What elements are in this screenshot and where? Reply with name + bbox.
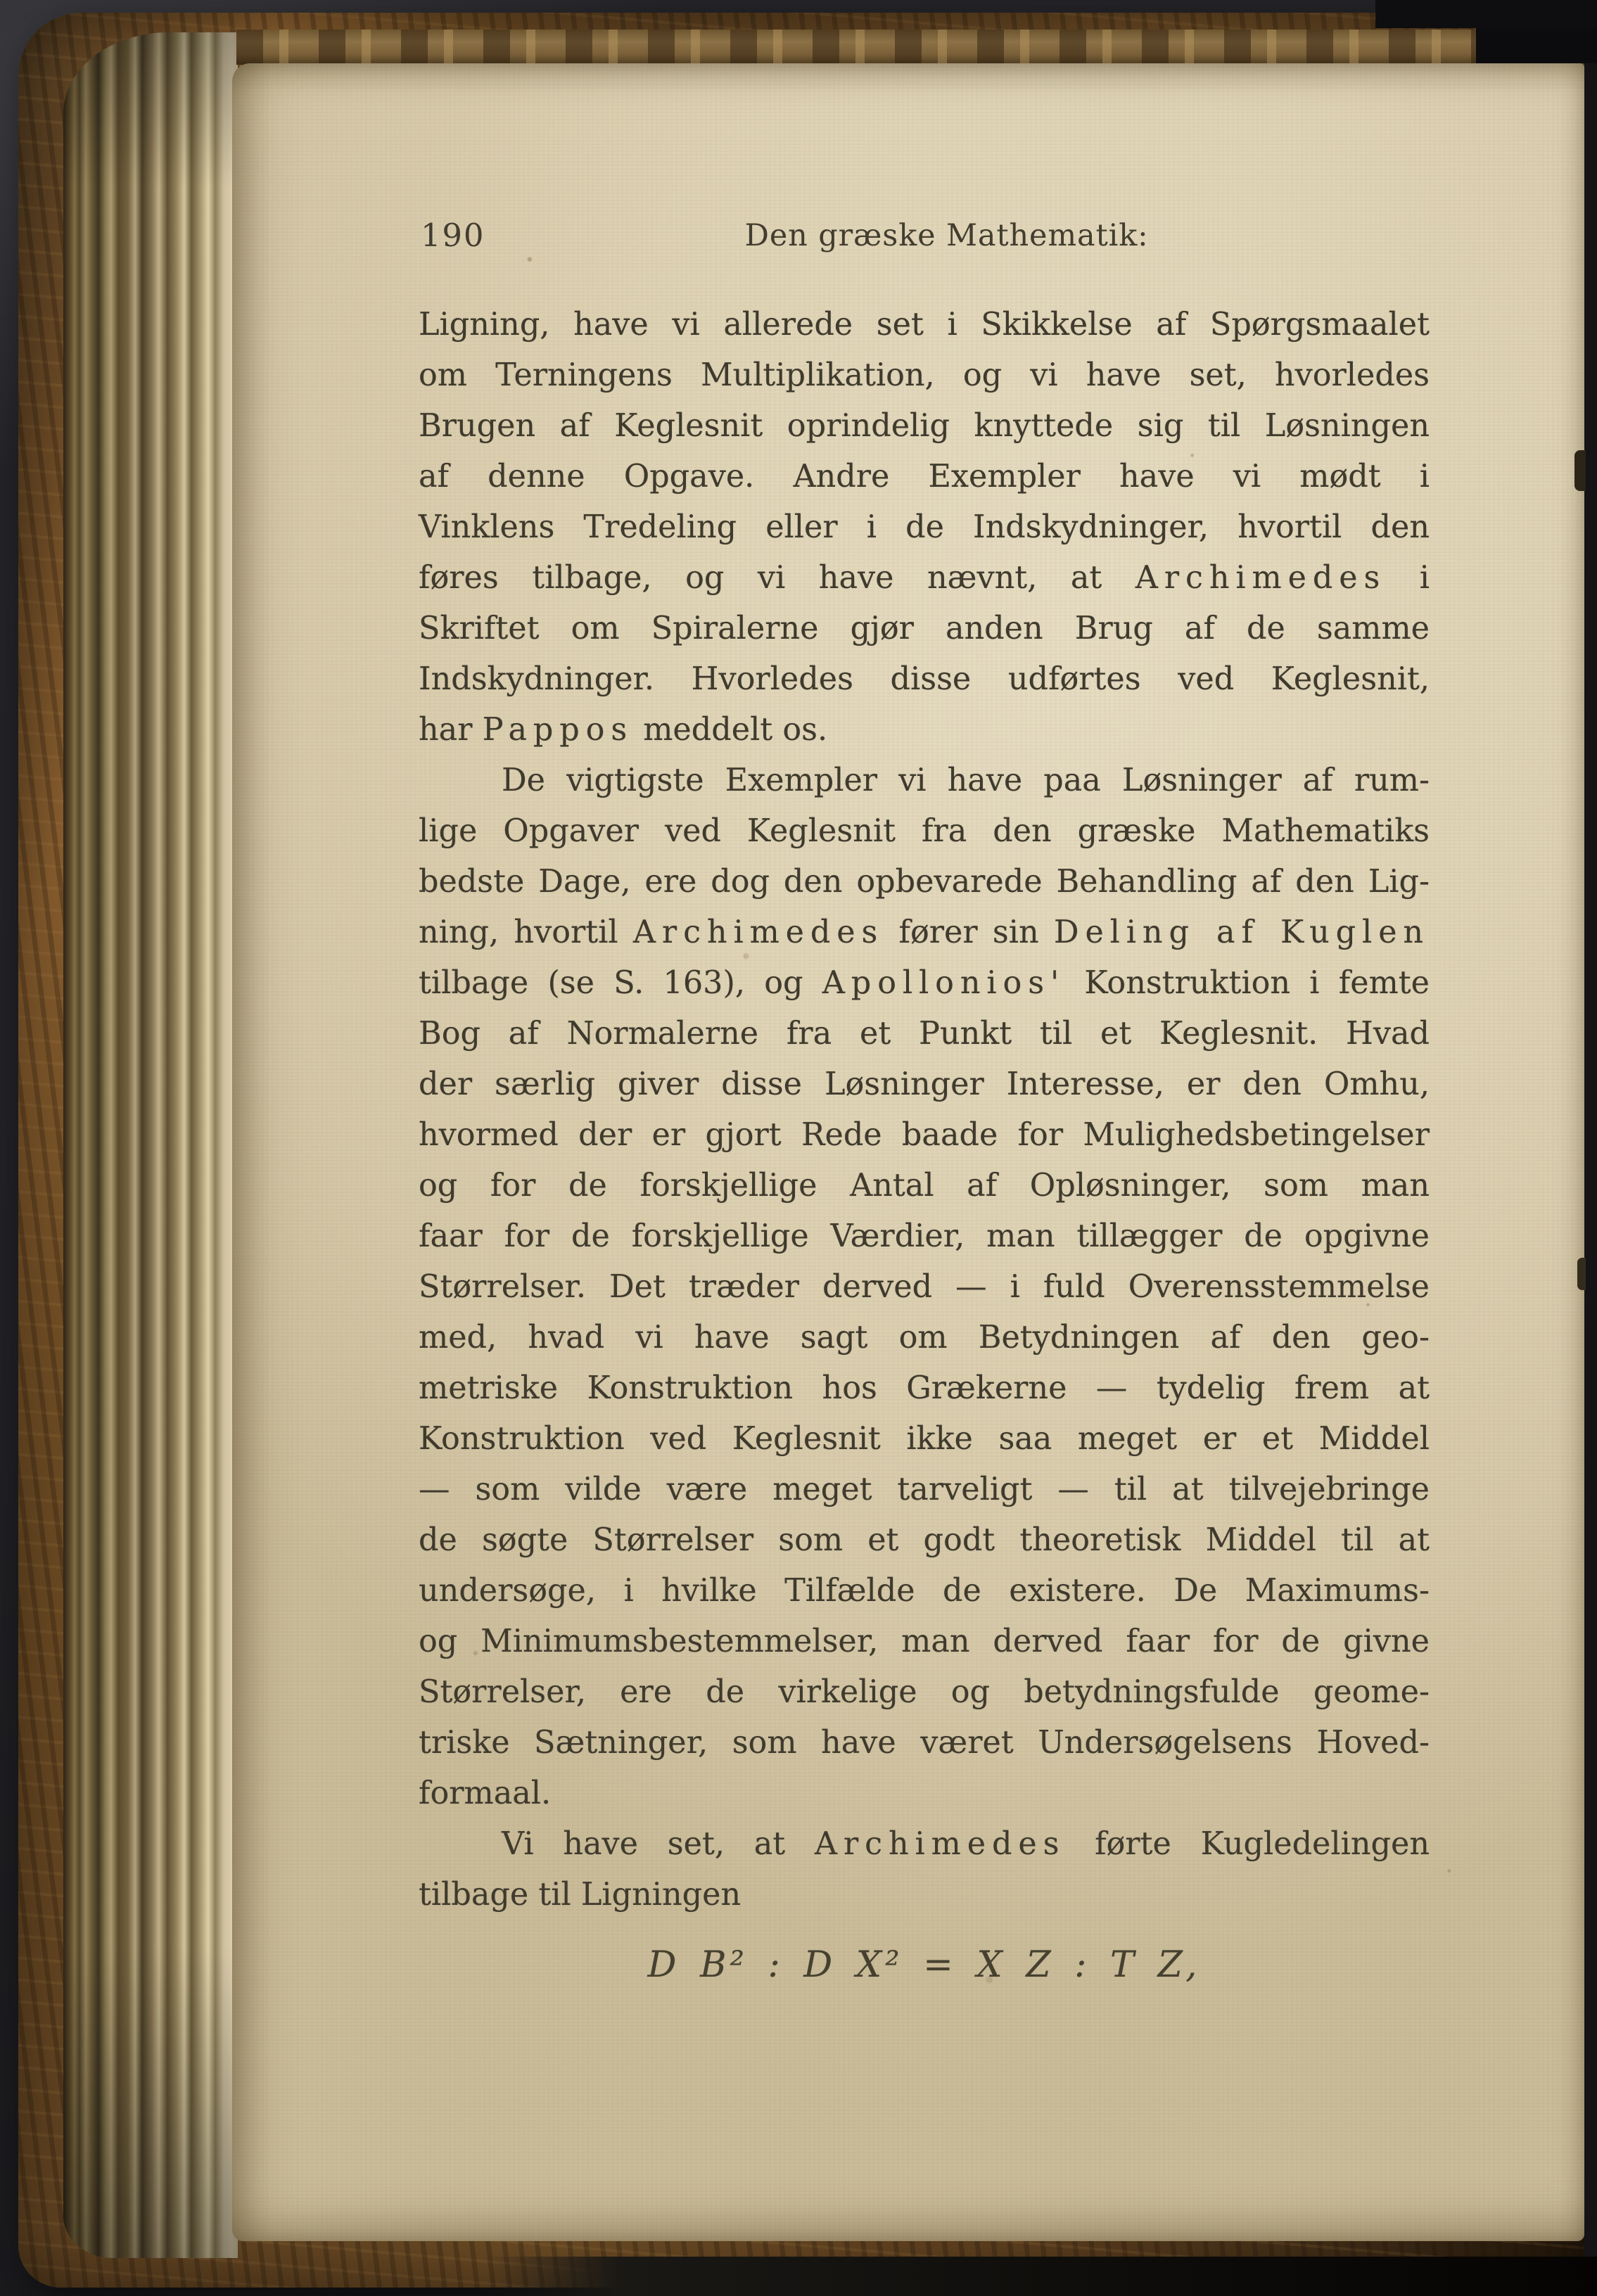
text-line: Konstruktion ved Keglesnit ikke saa mege… bbox=[419, 1414, 1430, 1465]
text-segment: Konstruktion ved Keglesnit ikke saa mege… bbox=[419, 1421, 1430, 1457]
text-segment: De vigtigste Exempler vi have paa Løsnin… bbox=[502, 763, 1430, 798]
text-segment: Bog af Normalerne fra et Punkt til et Ke… bbox=[419, 1016, 1430, 1052]
text-segment: bedste Dage, ere dog den opbevarede Beha… bbox=[419, 864, 1430, 900]
photo-right-edge bbox=[1584, 0, 1597, 2296]
text-line: Indskydninger. Hvorledes disse udførtes … bbox=[419, 654, 1430, 705]
text-segment: Størrelser, ere de virkelige og betydnin… bbox=[419, 1674, 1430, 1710]
text-line: tilbage til Ligningen bbox=[419, 1870, 1430, 1920]
text-line: Størrelser, ere de virkelige og betydnin… bbox=[419, 1667, 1430, 1718]
letterspaced-name: Deling af Kuglen bbox=[1054, 914, 1430, 950]
running-title: Den græske Mathematik: bbox=[419, 218, 1430, 253]
text-line: og Minimumsbestemmelser, man derved faar… bbox=[419, 1616, 1430, 1667]
text-segment: meddelt os. bbox=[633, 712, 827, 748]
text-line: lige Opgaver ved Keglesnit fra den græsk… bbox=[419, 806, 1430, 857]
page-edge-stack bbox=[63, 32, 238, 2258]
text-line: føres tilbage, og vi have nævnt, at Arch… bbox=[419, 553, 1430, 604]
text-segment: Konstruktion i femte bbox=[1065, 965, 1430, 1001]
text-line: hvormed der er gjort Rede baade for Muli… bbox=[419, 1110, 1430, 1161]
text-segment: Indskydninger. Hvorledes disse udførtes … bbox=[419, 661, 1430, 697]
text-line: Skriftet om Spiralerne gjør anden Brug a… bbox=[419, 604, 1430, 654]
page-edge-top bbox=[236, 30, 1584, 65]
text-line: de søgte Størrelser som et godt theoreti… bbox=[419, 1515, 1430, 1566]
text-line: Størrelser. Det træder derved — i fuld O… bbox=[419, 1262, 1430, 1313]
text-segment: Størrelser. Det træder derved — i fuld O… bbox=[419, 1269, 1430, 1305]
text-line: De vigtigste Exempler vi have paa Løsnin… bbox=[419, 755, 1430, 806]
text-segment: og Minimumsbestemmelser, man derved faar… bbox=[419, 1624, 1430, 1659]
text-segment: ning, hvortil bbox=[419, 914, 633, 950]
text-line: har Pappos meddelt os. bbox=[419, 705, 1430, 755]
text-line: Brugen af Keglesnit oprindelig knyttede … bbox=[419, 401, 1430, 452]
text-segment: hvormed der er gjort Rede baade for Muli… bbox=[419, 1117, 1430, 1153]
photo-bottom-shadow bbox=[485, 2257, 1597, 2296]
text-line: Vi have set, at Archimedes førte Kuglede… bbox=[419, 1819, 1430, 1870]
letterspaced-name: Archimedes bbox=[633, 914, 884, 950]
text-segment: om Terningens Multiplikation, og vi have… bbox=[419, 357, 1430, 393]
page-edge-notch bbox=[1574, 450, 1586, 491]
text-segment: i bbox=[1386, 560, 1430, 596]
text-segment: lige Opgaver ved Keglesnit fra den græsk… bbox=[419, 813, 1430, 849]
text-segment: fører sin bbox=[884, 914, 1054, 950]
text-line: om Terningens Multiplikation, og vi have… bbox=[419, 350, 1430, 401]
text-line: ning, hvortil Archimedes fører sin Delin… bbox=[419, 907, 1430, 958]
text-segment: af denne Opgave. Andre Exempler have vi … bbox=[419, 459, 1430, 495]
text-line: Bog af Normalerne fra et Punkt til et Ke… bbox=[419, 1009, 1430, 1059]
text-segment: Brugen af Keglesnit oprindelig knyttede … bbox=[419, 408, 1430, 444]
text-line: af denne Opgave. Andre Exempler have vi … bbox=[419, 452, 1430, 502]
text-line: — som vilde være meget tarveligt — til a… bbox=[419, 1465, 1430, 1515]
text-segment: førte Kugledelingen bbox=[1065, 1826, 1430, 1862]
photo-top-right-strip bbox=[1375, 0, 1597, 28]
text-line: og for de forskjellige Antal af Opløsnin… bbox=[419, 1161, 1430, 1211]
letterspaced-name: Apollonios' bbox=[822, 965, 1065, 1001]
text-segment: formaal. bbox=[419, 1775, 551, 1811]
text-line: faar for de forskjellige Værdier, man ti… bbox=[419, 1211, 1430, 1262]
text-segment: Vinklens Tredeling eller i de Indskydnin… bbox=[419, 509, 1430, 545]
book-page: 190 Den græske Mathematik: Ligning, have… bbox=[232, 63, 1584, 2241]
text-line: metriske Konstruktion hos Grækerne — tyd… bbox=[419, 1363, 1430, 1414]
text-line: formaal. bbox=[419, 1768, 1430, 1819]
text-line: med, hvad vi have sagt om Betydningen af… bbox=[419, 1313, 1430, 1363]
text-segment: — som vilde være meget tarveligt — til a… bbox=[419, 1472, 1430, 1507]
text-segment: metriske Konstruktion hos Grækerne — tyd… bbox=[419, 1370, 1430, 1406]
text-segment: Vi have set, at bbox=[502, 1826, 815, 1862]
text-line: bedste Dage, ere dog den opbevarede Beha… bbox=[419, 857, 1430, 907]
text-segment: har bbox=[419, 712, 483, 748]
letterspaced-name: Pappos bbox=[483, 712, 633, 748]
text-segment: Skriftet om Spiralerne gjør anden Brug a… bbox=[419, 611, 1430, 646]
text-line: der særlig giver disse Løsninger Interes… bbox=[419, 1059, 1430, 1110]
text-block: Ligning, have vi allerede set i Skikkels… bbox=[419, 300, 1430, 1920]
text-segment: undersøge, i hvilke Tilfælde de existere… bbox=[419, 1573, 1430, 1609]
letterspaced-name: Archimedes bbox=[815, 1826, 1065, 1862]
text-segment: føres tilbage, og vi have nævnt, at bbox=[419, 560, 1135, 596]
text-segment: med, hvad vi have sagt om Betydningen af… bbox=[419, 1320, 1430, 1356]
text-segment: Ligning, have vi allerede set i Skikkels… bbox=[419, 307, 1430, 343]
formula: D B² : D X² = X Z : T Z, bbox=[419, 1944, 1430, 1986]
text-line: triske Sætninger, som have været Undersø… bbox=[419, 1718, 1430, 1768]
text-line: Ligning, have vi allerede set i Skikkels… bbox=[419, 300, 1430, 350]
letterspaced-name: Archimedes bbox=[1135, 560, 1386, 596]
text-segment: tilbage til Ligningen bbox=[419, 1877, 741, 1913]
text-line: undersøge, i hvilke Tilfælde de existere… bbox=[419, 1566, 1430, 1616]
text-line: tilbage (se S. 163), og Apollonios' Kons… bbox=[419, 958, 1430, 1009]
text-segment: faar for de forskjellige Værdier, man ti… bbox=[419, 1218, 1430, 1254]
text-segment: de søgte Størrelser som et godt theoreti… bbox=[419, 1522, 1430, 1558]
text-segment: og for de forskjellige Antal af Opløsnin… bbox=[419, 1168, 1430, 1204]
text-line: Vinklens Tredeling eller i de Indskydnin… bbox=[419, 502, 1430, 553]
page-edge-notch bbox=[1577, 1258, 1586, 1290]
text-segment: triske Sætninger, som have været Undersø… bbox=[419, 1725, 1430, 1761]
text-segment: tilbage (se S. 163), og bbox=[419, 965, 822, 1001]
text-segment: der særlig giver disse Løsninger Interes… bbox=[419, 1066, 1430, 1102]
